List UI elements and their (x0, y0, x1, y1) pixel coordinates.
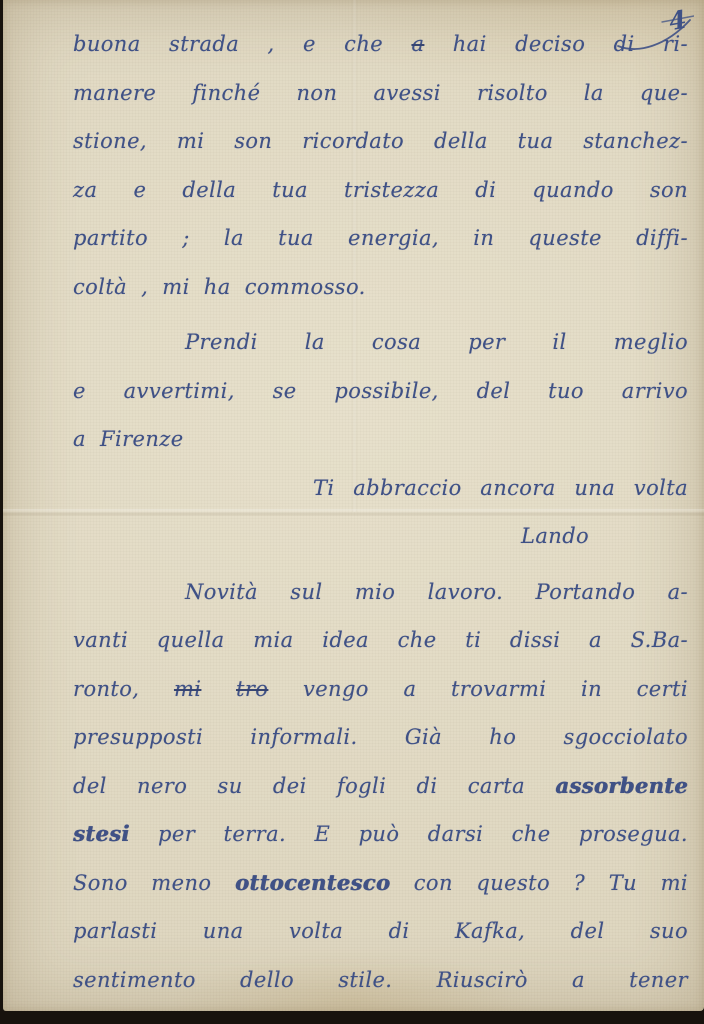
text-segment: manere finché non avessi risolto la que- (73, 81, 688, 105)
letter-line: stione, mi son ricordato della tua stanc… (73, 117, 688, 166)
text-segment: presupposti informali. Già ho sgocciolat… (73, 725, 688, 749)
text-segment: Novità sul mio lavoro. Portando a- (185, 580, 688, 604)
text-segment: hai deciso di ri- (424, 32, 688, 56)
letter-line: Lando (73, 512, 688, 561)
text-segment: per terra. E può darsi che prosegua. (130, 822, 688, 846)
overwritten-word: ottocentesco (235, 870, 390, 895)
text-segment: vanti quella mia idea che ti dissi a S.B… (73, 628, 688, 652)
text-segment: e avvertimi, se possibile, del tuo arriv… (73, 379, 688, 403)
letter-line: Novità sul mio lavoro. Portando a- (73, 568, 688, 617)
letter-line: a Firenze (73, 415, 688, 464)
text-segment: sentimento dello stile. Riuscirò a tener (73, 968, 688, 992)
letter-line: ronto, mi tro vengo a trovarmi in certi (73, 665, 688, 714)
text-segment: stione, mi son ricordato della tua stanc… (73, 129, 688, 153)
letter-line: buona strada , e che a hai deciso di ri- (73, 20, 688, 69)
letter-line: vanti quella mia idea che ti dissi a S.B… (73, 616, 688, 665)
overwritten-word: assorbente (555, 773, 688, 798)
letter-line: manere finché non avessi risolto la que- (73, 69, 688, 118)
text-segment: con questo ? Tu mi (390, 871, 688, 895)
letter-line: coltà , mi ha commosso. (73, 263, 688, 312)
text-segment: Sono meno (73, 871, 235, 895)
letter-body: buona strada , e che a hai deciso di ri-… (73, 20, 688, 1004)
letter-line: Ti abbraccio ancora una volta (73, 464, 688, 513)
letter-line: za e della tua tristezza di quando son (73, 166, 688, 215)
photo-of-letter: { "page": { "number": "4", "paper_color"… (0, 0, 704, 1024)
text-segment: Ti abbraccio ancora una volta (313, 476, 688, 500)
text-segment: za e della tua tristezza di quando son (73, 178, 688, 202)
text-segment: partito ; la tua energia, in queste diff… (73, 226, 688, 250)
text-segment (201, 677, 236, 701)
text-segment: vengo a trovarmi in certi (268, 677, 688, 701)
struck-out-word: a (411, 32, 424, 56)
text-segment: parlasti una volta di Kafka, del suo (73, 919, 688, 943)
letter-line: parlasti una volta di Kafka, del suo (73, 907, 688, 956)
text-segment: coltà , mi ha commosso. (73, 275, 366, 299)
letter-line: stesi per terra. E può darsi che prosegu… (73, 810, 688, 859)
text-segment: Lando (521, 524, 589, 548)
letter-line: presupposti informali. Già ho sgocciolat… (73, 713, 688, 762)
letter-line: e avvertimi, se possibile, del tuo arriv… (73, 367, 688, 416)
letter-line: del nero su dei fogli di carta assorbent… (73, 762, 688, 811)
overwritten-word: stesi (73, 821, 130, 846)
letter-line: Prendi la cosa per il meglio (73, 318, 688, 367)
text-segment: Prendi la cosa per il meglio (185, 330, 688, 354)
text-segment: a Firenze (73, 427, 184, 451)
struck-out-word: mi (174, 677, 201, 701)
struck-out-word: tro (236, 677, 268, 701)
letter-line: Sono meno ottocentesco con questo ? Tu m… (73, 859, 688, 908)
letter-line: sentimento dello stile. Riuscirò a tener (73, 956, 688, 1005)
text-segment: ronto, (73, 677, 174, 701)
text-segment: buona strada , e che (73, 32, 411, 56)
letter-page: 4 buona strada , e che a hai deciso di r… (3, 0, 704, 1011)
letter-line: partito ; la tua energia, in queste diff… (73, 214, 688, 263)
text-segment: del nero su dei fogli di carta (73, 774, 555, 798)
